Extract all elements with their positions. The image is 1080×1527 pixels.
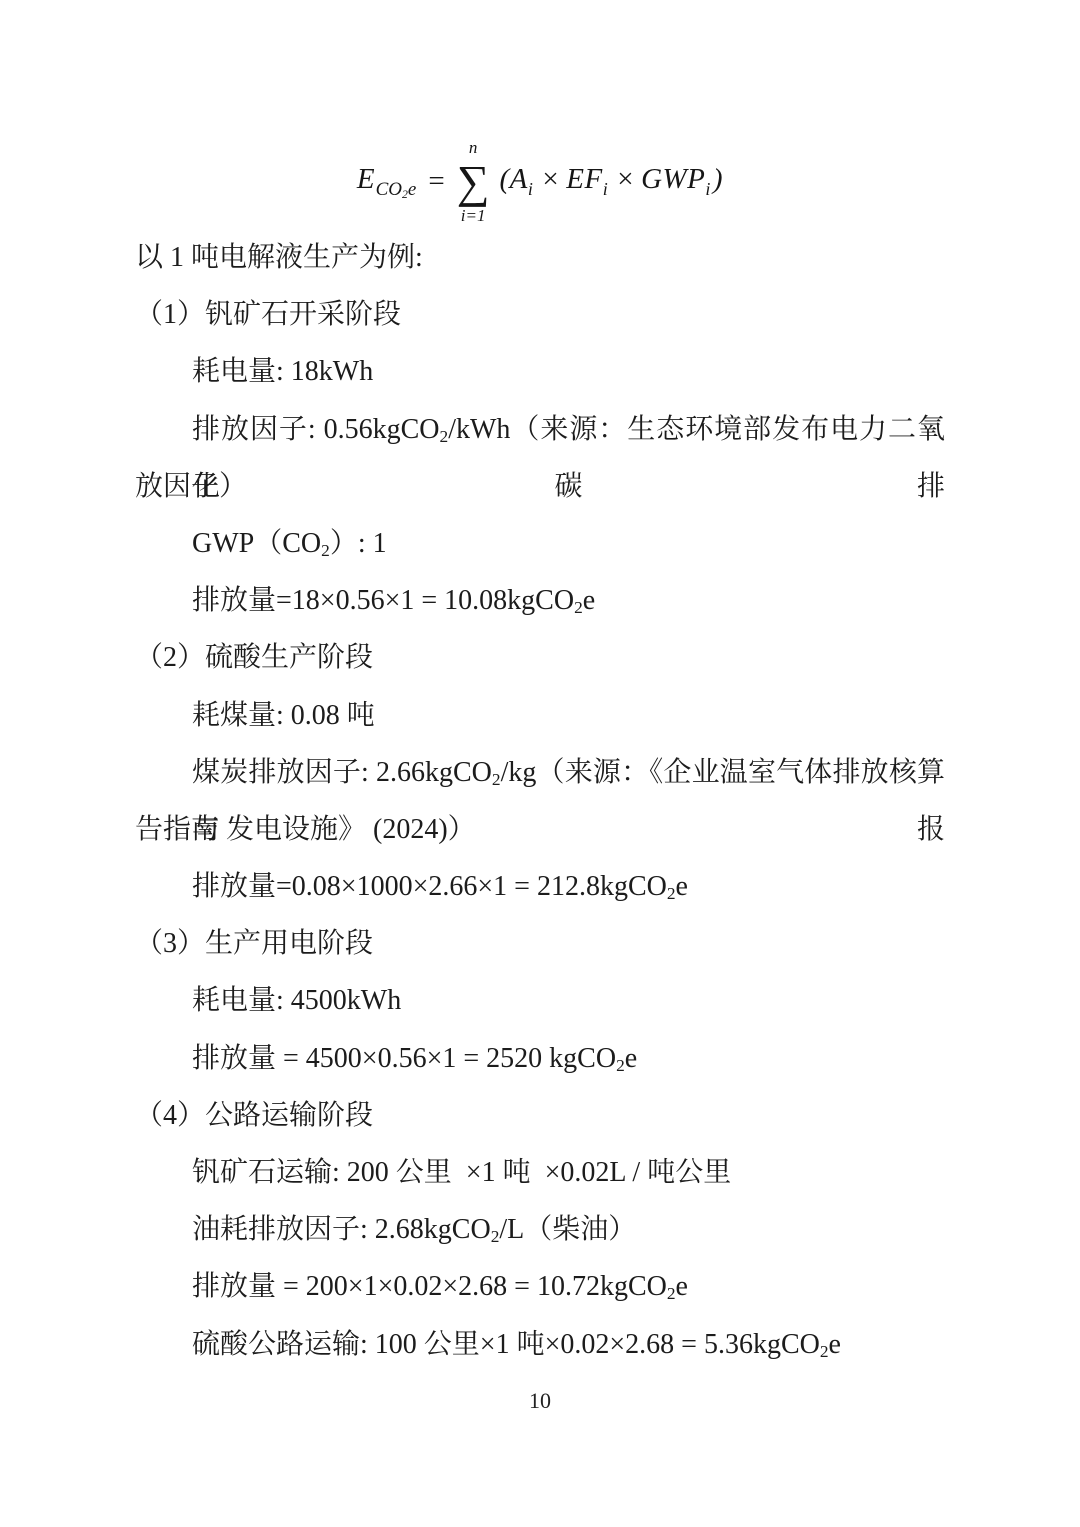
stage-3-emission-result: 排放量 = 4500×0.56×1 = 2520 kgCO2e — [135, 1030, 945, 1087]
stage-1-gwp: GWP（CO2）: 1 — [135, 515, 945, 572]
page-number: 10 — [0, 1388, 1080, 1414]
stage-1-electricity: 耗电量: 18kWh — [135, 343, 945, 400]
stage-4-emission-result: 排放量 = 200×1×0.02×2.68 = 10.72kgCO2e — [135, 1258, 945, 1315]
formula-rhs: (Ai×EFi×GWPi) — [500, 163, 724, 200]
stage-2-heading: （2）硫酸生产阶段 — [135, 629, 945, 686]
term-ef-subscript: i — [603, 179, 609, 199]
formula-lhs: ECO2e — [357, 163, 416, 201]
stage-4-heading: （4）公路运输阶段 — [135, 1087, 945, 1144]
sum-upper-limit: n — [469, 138, 478, 158]
co2e-formula: ECO2e = n ∑ i=1 (Ai×EFi×GWPi) — [0, 138, 1080, 225]
document-page: ECO2e = n ∑ i=1 (Ai×EFi×GWPi) 以 1 吨电解液生产… — [0, 0, 1080, 1527]
stage-2-coal: 耗煤量: 0.08 吨 — [135, 687, 945, 744]
formula-lhs-base: E — [357, 163, 375, 195]
stage-4-ore-transport: 钒矿石运输: 200 公里 ×1 吨 ×0.02L / 吨公里 — [135, 1144, 945, 1201]
intro-line: 以 1 吨电解液生产为例: — [135, 229, 945, 286]
stage-3-heading: （3）生产用电阶段 — [135, 915, 945, 972]
close-paren: ) — [713, 163, 723, 195]
stage-1-heading: （1）钒矿石开采阶段 — [135, 286, 945, 343]
term-a: A — [510, 163, 528, 195]
sigma-icon: ∑ — [457, 158, 490, 206]
multiply-sign: × — [542, 163, 559, 195]
stage-2-emission-result: 排放量=0.08×1000×2.66×1 = 212.8kgCO2e — [135, 858, 945, 915]
stage-4-acid-transport: 硫酸公路运输: 100 公里×1 吨×0.02×2.68 = 5.36kgCO2… — [135, 1316, 945, 1373]
stage-4-fuel-factor: 油耗排放因子: 2.68kgCO2/L（柴油） — [135, 1201, 945, 1258]
term-gwp: GWP — [641, 163, 705, 195]
open-paren: ( — [500, 163, 510, 195]
multiply-sign: × — [617, 163, 634, 195]
stage-2-emission-factor: 煤炭排放因子: 2.66kgCO2/kg（来源：《企业温室气体排放核算与报 — [135, 744, 945, 801]
sum-lower-limit: i=1 — [461, 206, 486, 226]
formula-lhs-subscript: CO2e — [376, 179, 417, 200]
term-gwp-subscript: i — [705, 179, 711, 199]
stage-3-electricity: 耗电量: 4500kWh — [135, 972, 945, 1029]
term-ef: EF — [566, 163, 602, 195]
document-body: 以 1 吨电解液生产为例: （1）钒矿石开采阶段 耗电量: 18kWh 排放因子… — [135, 229, 945, 1373]
stage-1-emission-factor: 排放因子: 0.56kgCO2/kWh（来源：生态环境部发布电力二氧化碳排 — [135, 401, 945, 458]
equals-sign: = — [428, 165, 444, 198]
summation-symbol: n ∑ i=1 — [457, 138, 490, 225]
stage-1-emission-result: 排放量=18×0.56×1 = 10.08kgCO2e — [135, 572, 945, 629]
term-a-subscript: i — [528, 179, 534, 199]
